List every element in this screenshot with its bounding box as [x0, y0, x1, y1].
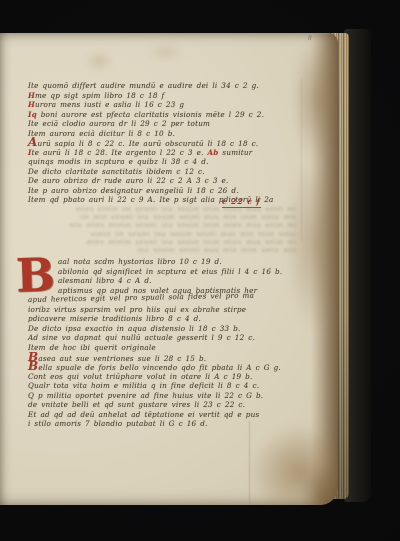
ink-segment: aal nota scdm hystorias libro 10 c 19 d.	[58, 257, 222, 266]
index-b-line-10: Item de hoc ibi querit originale	[28, 344, 156, 352]
ink-segment: Q p militia oportet pvenire ad fine huiu…	[28, 391, 263, 400]
rubric-segment: H	[28, 100, 35, 109]
index-b-line-15: Q p militia oportet pvenire ad fine huiu…	[28, 392, 263, 400]
index-b-line-5: apud hereticos egit vel pro spuali sola …	[28, 292, 254, 304]
index-a-line-12: Ite p auro obrizo designatur evangeliū l…	[28, 187, 239, 195]
index-b-line-8: De dicto ipsa exactio in aqua distensio …	[28, 325, 241, 333]
index-a-line-6: Item aurora eciā dicitur li 8 c 10 b.	[28, 130, 175, 138]
ink-segment: alesmani libro 4 c A d.	[58, 276, 152, 285]
ink-segment: De dicto claritate sanctitatis ibidem c …	[28, 167, 205, 176]
showthrough-line-6: sim uime mini nim sum imine misne uni	[40, 247, 296, 254]
ink-segment: de vnitate belli et qd sunt gustare vire…	[28, 400, 245, 409]
index-a-line-5: Ite eciā clodio aurora dr li 29 c 2 per …	[28, 120, 210, 128]
stain-spot-top-2	[148, 45, 182, 59]
rubric-segment: Ab	[207, 148, 218, 157]
ink-segment: urora mens iusti e aslia li 16 c 23 g	[35, 100, 184, 109]
index-b-line-17: Et ad qd ad deū anhelat ad tēptatione ei…	[28, 411, 259, 419]
ink-segment: sumitur	[219, 148, 253, 157]
ink-segment: Qualr tota vita hoim e militia q in fine…	[28, 381, 259, 390]
index-a-line-2: Hme qp sigt spim libro 18 c 18 f	[28, 92, 164, 100]
water-stain-right-edge	[311, 33, 338, 505]
showthrough-line-5: im mine sum enim mini misne uni imens mi…	[40, 239, 296, 246]
ink-segment: Ite p auro obrizo designatur evangeliū l…	[28, 186, 239, 195]
ink-segment: Ad sine vo dapnat qui nullū actuale gess…	[28, 333, 255, 342]
showthrough-line-3: im mine sum enim mini misne uni imens mi…	[40, 222, 296, 229]
index-b-line-11: Basea aut sue ventriones sue li 28 c 15 …	[28, 354, 206, 363]
index-b-line-3: alesmani libro 4 c A d.	[58, 277, 152, 285]
index-b-line-18: i stilo amoris 7 blandio putabat li G c …	[28, 420, 208, 428]
manuscript-page: 8 Ite quomō differt audire mundū e audir…	[0, 33, 338, 505]
rubric-segment: H	[28, 91, 35, 100]
index-a-line-8: Ite aurū li 18 c 28. Ite argento l 22 c …	[28, 149, 252, 157]
ink-segment: De auro obrizo dr rude auro li 22 c 2 A …	[28, 176, 229, 185]
index-a-line-4: Iq boni aurore est pfecta claritatis vis…	[28, 111, 264, 119]
folio-mark: 8	[308, 36, 312, 42]
showthrough-line-1: im mine sum enim mini misne uni imens mi…	[40, 206, 296, 213]
stain-spot-top-1	[86, 53, 112, 69]
ink-segment: Et ad qd ad deū anhelat ad tēptatione ei…	[28, 410, 259, 419]
ink-segment: Ite quomō differt audire mundū e audire …	[28, 81, 259, 90]
index-b-line-13: Cont eos qui volut triūphare volut in ot…	[28, 373, 253, 381]
showthrough-line-2: sim uime mini nim sum imine misne uni im…	[40, 214, 296, 221]
ink-segment: me qp sigt spim libro 18 c 18 f	[35, 91, 164, 100]
stain-top-right	[292, 35, 338, 165]
ink-segment: asea aut sue ventriones sue li 28 c 15 b…	[38, 354, 206, 363]
ink-segment: Ite eciā clodio aurora dr li 29 c 2 per …	[28, 119, 210, 128]
manuscript-photo: 8 Ite quomō differt audire mundū e audir…	[0, 0, 400, 541]
showthrough-line-4: uime mini nim sum imine misne uni imens …	[40, 231, 296, 238]
ink-segment: boni aurore est pfecta claritatis vision…	[37, 110, 264, 119]
ink-segment: abilonia qd significet in scptura et eiu…	[58, 267, 282, 276]
ink-segment: De dicto ipsa exactio in aqua distensio …	[28, 324, 241, 333]
index-b-line-2: abilonia qd significet in scptura et eiu…	[58, 268, 282, 276]
drop-cap-initial-B: B	[15, 254, 56, 297]
ink-segment: pdicavere miserie traditionis libro 8 c …	[28, 314, 201, 323]
ink-segment: Item de hoc ibi querit originale	[28, 343, 156, 352]
index-b-line-7: pdicavere miserie traditionis libro 8 c …	[28, 315, 201, 323]
index-b-line-14: Qualr tota vita hoim e militia q in fine…	[28, 382, 259, 390]
ink-segment: i stilo amoris 7 blandio putabat li G c …	[28, 419, 208, 428]
index-a-line-10: De dicto claritate sanctitatis ibidem c …	[28, 168, 205, 176]
stain-bottom-corner	[300, 463, 338, 505]
index-b-line-1: aal nota scdm hystorias libro 10 c 19 d.	[58, 258, 222, 266]
ink-segment: Cont eos qui volut triūphare volut in ot…	[28, 372, 253, 381]
stain-bottom-right	[250, 425, 338, 505]
ink-segment: ioribz virtus sparsim vel pro hiis qui e…	[28, 305, 246, 314]
index-a-line-11: De auro obrizo dr rude auro li 22 c 2 A …	[28, 177, 229, 185]
index-b-line-6: ioribz virtus sparsim vel pro hiis qui e…	[28, 306, 246, 314]
ink-segment: Item aurora eciā dicitur li 8 c 10 b.	[28, 129, 175, 138]
ink-segment: quinqs modis in scptura e quibz li 38 c …	[28, 157, 209, 166]
index-a-line-3: Hurora mens iusti e aslia li 16 c 23 g	[28, 101, 184, 109]
index-b-line-9: Ad sine vo dapnat qui nullū actuale gess…	[28, 334, 255, 342]
index-a-line-1: Ite quomō differt audire mundū e audire …	[28, 82, 259, 90]
page-crease-line	[249, 421, 250, 503]
index-b-line-16: de vnitate belli et qd sunt gustare vire…	[28, 401, 245, 409]
ink-segment: te aurū li 18 c 28. Ite argento l 22 c 3…	[32, 148, 208, 157]
index-a-line-9: quinqs modis in scptura e quibz li 38 c …	[28, 158, 209, 166]
rubric-segment: Iq	[28, 110, 37, 119]
margin-ruling-line	[301, 79, 302, 241]
